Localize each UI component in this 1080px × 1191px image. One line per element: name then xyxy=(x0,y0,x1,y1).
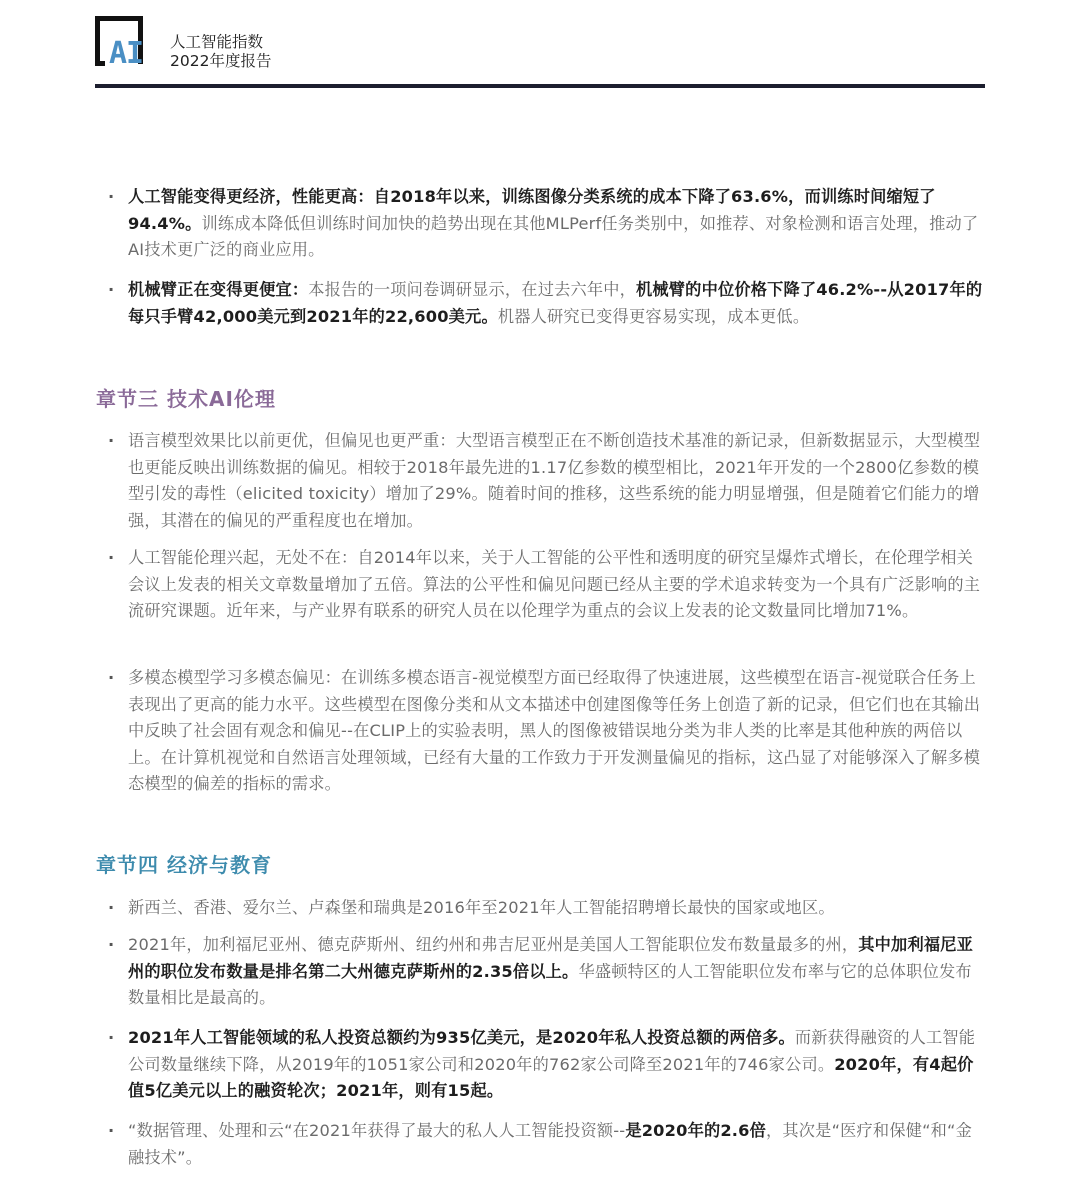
list-item: “数据管理、处理和云“在2021年获得了最大的私人人工智能投资额--是2020年… xyxy=(128,1118,988,1171)
header-divider xyxy=(95,84,985,88)
bold-text: 机械臂正在变得更便宜： xyxy=(128,280,308,299)
body-text: 机器人研究已变得更容易实现，成本更低。 xyxy=(498,307,809,326)
section-heading-ethics: 章节三 技术AI伦理 xyxy=(96,383,276,412)
body-text: 多模态模型学习多模态偏见：在训练多模态语言-视觉模型方面已经取得了快速进展，这些… xyxy=(128,668,980,793)
body-text: 训练成本降低但训练时间加快的趋势出现在其他MLPerf任务类别中，如推荐、对象检… xyxy=(128,214,978,260)
bold-text: 是2020年的2.6倍 xyxy=(625,1121,766,1140)
section-heading-economy: 章节四 经济与教育 xyxy=(96,849,272,878)
report-title-line2: 2022年度报告 xyxy=(170,52,271,71)
list-item: 语言模型效果比以前更优，但偏见也更严重：大型语言模型正在不断创造技术基准的新记录… xyxy=(128,428,988,534)
list-item: 人工智能变得更经济，性能更高：自2018年以来，训练图像分类系统的成本下降了63… xyxy=(128,184,988,264)
list-item: 2021年，加利福尼亚州、德克萨斯州、纽约州和弗吉尼亚州是美国人工智能职位发布数… xyxy=(128,932,988,1012)
list-item: 多模态模型学习多模态偏见：在训练多模态语言-视觉模型方面已经取得了快速进展，这些… xyxy=(128,665,988,798)
list-item: 2021年人工智能领域的私人投资总额约为935亿美元，是2020年私人投资总额的… xyxy=(128,1025,988,1105)
report-title: 人工智能指数 2022年度报告 xyxy=(170,33,271,71)
ai-index-logo-icon: AI xyxy=(95,16,157,72)
logo-text: AI xyxy=(109,40,143,68)
list-item: 机械臂正在变得更便宜：本报告的一项问卷调研显示，在过去六年中，机械臂的中位价格下… xyxy=(128,277,988,330)
report-title-line1: 人工智能指数 xyxy=(170,33,271,52)
logo-frame-foot xyxy=(95,61,105,66)
list-item: 新西兰、香港、爱尔兰、卢森堡和瑞典是2016年至2021年人工智能招聘增长最快的… xyxy=(128,895,988,922)
list-item: 人工智能伦理兴起，无处不在：自2014年以来，关于人工智能的公平性和透明度的研究… xyxy=(128,545,988,625)
body-text: “数据管理、处理和云“在2021年获得了最大的私人人工智能投资额-- xyxy=(128,1121,625,1140)
body-text: 本报告的一项问卷调研显示，在过去六年中， xyxy=(308,280,636,299)
body-text: 语言模型效果比以前更优，但偏见也更严重：大型语言模型正在不断创造技术基准的新记录… xyxy=(128,431,980,530)
bold-text: 2021年人工智能领域的私人投资总额约为935亿美元，是2020年私人投资总额的… xyxy=(128,1028,795,1047)
body-text: 人工智能伦理兴起，无处不在：自2014年以来，关于人工智能的公平性和透明度的研究… xyxy=(128,548,980,620)
body-text: 2021年，加利福尼亚州、德克萨斯州、纽约州和弗吉尼亚州是美国人工智能职位发布数… xyxy=(128,935,858,954)
report-header: AI 人工智能指数 2022年度报告 xyxy=(95,16,985,72)
body-text: 新西兰、香港、爱尔兰、卢森堡和瑞典是2016年至2021年人工智能招聘增长最快的… xyxy=(128,898,835,917)
